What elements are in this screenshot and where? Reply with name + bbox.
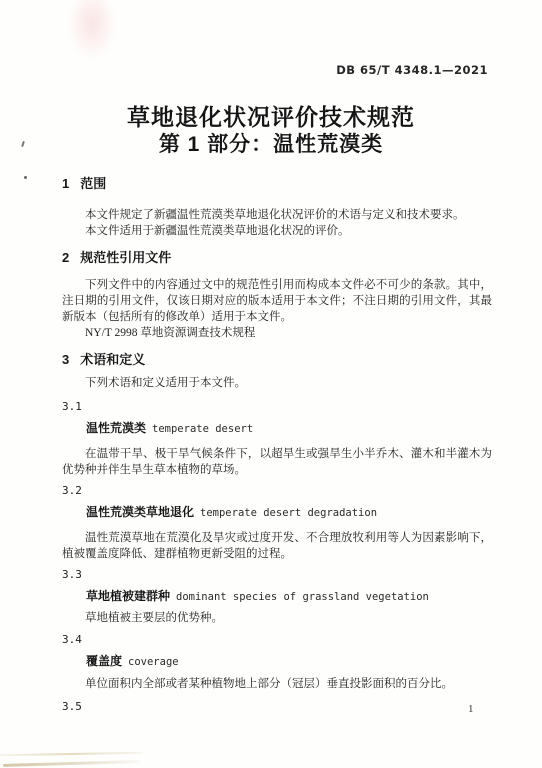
paragraph: 本文件规定了新疆温性荒漠类草地退化状况评价的术语与定义和技术要求。 (62, 207, 492, 223)
term-name-en: temperate desert (152, 423, 253, 435)
standard-number: DB 65/T 4348.1—2021 (336, 63, 488, 77)
scan-speck (24, 176, 27, 179)
section-number: 2 (62, 250, 69, 265)
section-heading-normative-references: 2规范性引用文件 (62, 250, 492, 266)
term-definition: 草地植被主要层的优势种。 (62, 610, 492, 626)
term-definition: 单位面积内全部或者某种植物地上部分（冠层）垂直投影面积的百分比。 (62, 676, 492, 692)
title-line-1: 草地退化状况评价技术规范 (0, 103, 542, 131)
term-name-en: dominant species of grassland vegetation (176, 591, 429, 603)
term-number: 3.3 (62, 568, 492, 582)
term-name-zh: 温性荒漠类 (86, 421, 146, 435)
referenced-standard: NY/T 2998 草地资源调查技术规程 (62, 325, 492, 341)
paragraph: 下列文件中的内容通过文中的规范性引用而构成本文件必不可少的条款。其中，注日期的引… (62, 277, 492, 325)
section-number: 3 (62, 352, 69, 367)
scan-edge-artifact (0, 752, 142, 756)
term-name-en: temperate desert degradation (200, 507, 377, 519)
term-number: 3.5 (62, 700, 492, 714)
term-name-zh: 草地植被建群种 (86, 589, 170, 603)
document-title: 草地退化状况评价技术规范 第 1 部分：温性荒漠类 (0, 103, 542, 158)
term-entry: 草地植被建群种dominant species of grassland veg… (86, 588, 492, 605)
scan-edge-artifact (3, 760, 141, 767)
scan-smudge (68, 0, 116, 60)
paragraph: 本文件适用于新疆温性荒漠类草地退化状况的评价。 (62, 223, 492, 239)
term-name-zh: 覆盖度 (86, 654, 122, 668)
document-page: DB 65/T 4348.1—2021 草地退化状况评价技术规范 第 1 部分：… (0, 0, 542, 768)
section-title: 规范性引用文件 (80, 250, 171, 265)
term-name-en: coverage (128, 656, 179, 668)
term-number: 3.1 (62, 400, 492, 414)
section-heading-terms-definitions: 3术语和定义 (62, 352, 492, 368)
section-number: 1 (62, 176, 69, 191)
paragraph: 下列术语和定义适用于本文件。 (62, 375, 492, 391)
title-line-2: 第 1 部分：温性荒漠类 (0, 132, 542, 158)
term-entry: 温性荒漠类草地退化temperate desert degradation (86, 504, 492, 521)
term-entry: 覆盖度coverage (86, 653, 492, 670)
document-body: 1范围 本文件规定了新疆温性荒漠类草地退化状况评价的术语与定义和技术要求。 本文… (62, 176, 492, 714)
term-name-zh: 温性荒漠类草地退化 (86, 505, 194, 519)
section-heading-scope: 1范围 (62, 176, 492, 192)
section-title: 术语和定义 (80, 352, 145, 367)
term-definition: 在温带干旱、极干旱气候条件下，以超旱生或强旱生小半乔木、灌木和半灌木为优势种并伴… (62, 446, 492, 478)
term-number: 3.2 (62, 484, 492, 498)
term-number: 3.4 (62, 633, 492, 647)
term-entry: 温性荒漠类temperate desert (86, 420, 492, 437)
page-number: 1 (468, 703, 474, 715)
section-title: 范围 (80, 176, 106, 191)
term-definition: 温性荒漠草地在荒漠化及旱灾或过度开发、不合理放牧利用等人为因素影响下，植被覆盖度… (62, 530, 492, 562)
